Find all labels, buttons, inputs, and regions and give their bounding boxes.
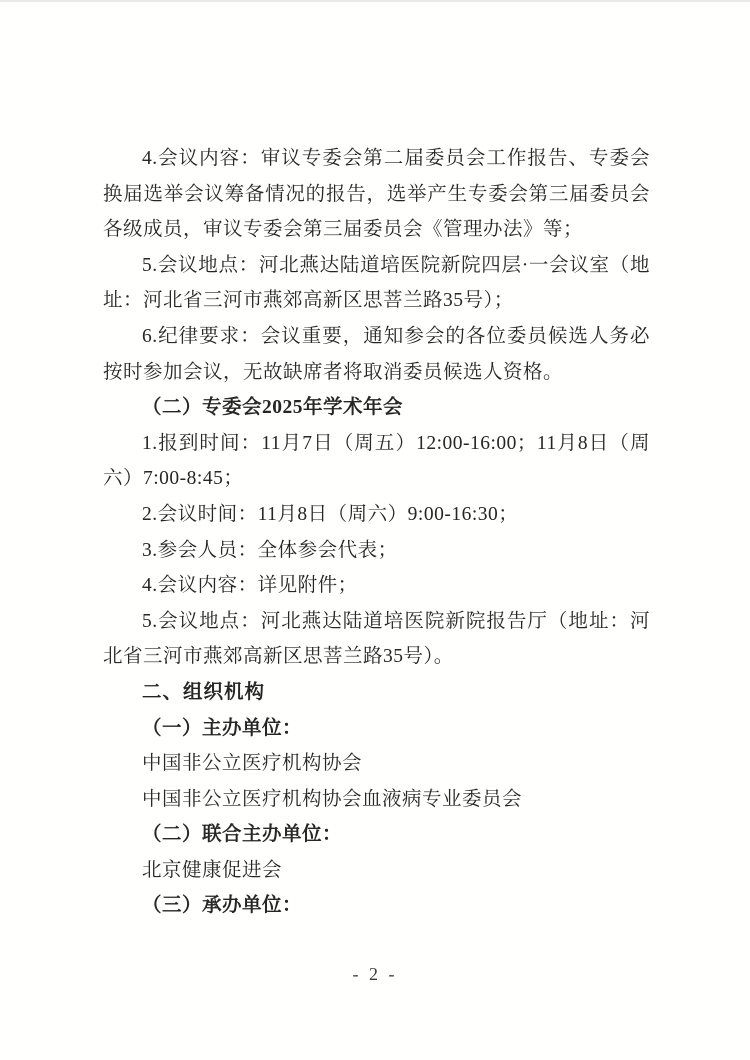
organizer-unit-heading: （三）承办单位： <box>103 888 650 924</box>
meeting1-discipline-para: 6.纪律要求：会议重要，通知参会的各位委员候选人务必按时参加会议，无故缺席者将取… <box>103 319 650 390</box>
meeting1-content-label: 4.会议内容： <box>142 148 261 169</box>
registration-time-label: 1.报到时间： <box>142 433 261 454</box>
co-host-unit-name: 北京健康促进会 <box>103 853 650 889</box>
agenda-para: 4.会议内容：详见附件； <box>103 568 650 604</box>
meeting1-venue-para: 5.会议地点：河北燕达陆道培医院新院四层·一会议室（地址：河北省三河市燕郊高新区… <box>103 248 650 319</box>
meeting-time-para: 2.会议时间：11月8日（周六）9:00-16:30； <box>103 497 650 533</box>
attendees-para: 3.参会人员：全体参会代表； <box>103 533 650 569</box>
host-unit-heading: （一）主办单位： <box>103 711 650 747</box>
document-page: 4.会议内容：审议专委会第二届委员会工作报告、专委会换届选举会议筹备情况的报告，… <box>0 0 750 1060</box>
host-unit-name-2: 中国非公立医疗机构协会血液病专业委员会 <box>103 782 650 818</box>
meeting-time-label: 2.会议时间： <box>142 504 258 525</box>
meeting1-discipline-label: 6.纪律要求： <box>142 326 261 347</box>
attendees-text: 全体参会代表； <box>258 540 398 561</box>
annual-meeting-section-heading: （二）专委会2025年学术年会 <box>103 390 650 426</box>
meeting1-content-para: 4.会议内容：审议专委会第二届委员会工作报告、专委会换届选举会议筹备情况的报告，… <box>103 141 650 248</box>
agenda-text: 详见附件； <box>258 575 358 596</box>
page-number: - 2 - <box>0 964 750 985</box>
meeting1-venue-label: 5.会议地点： <box>142 255 259 276</box>
attendees-label: 3.参会人员： <box>142 540 258 561</box>
organization-section-heading: 二、组织机构 <box>103 675 650 711</box>
annual-venue-label: 5.会议地点： <box>142 611 261 632</box>
co-host-unit-heading: （二）联合主办单位： <box>103 817 650 853</box>
agenda-label: 4.会议内容： <box>142 575 258 596</box>
annual-venue-para: 5.会议地点：河北燕达陆道培医院新院报告厅（地址：河北省三河市燕郊高新区思菩兰路… <box>103 604 650 675</box>
registration-time-para: 1.报到时间：11月7日（周五）12:00-16:00；11月8日（周六）7:0… <box>103 426 650 497</box>
host-unit-name-1: 中国非公立医疗机构协会 <box>103 746 650 782</box>
document-body: 4.会议内容：审议专委会第二届委员会工作报告、专委会换届选举会议筹备情况的报告，… <box>103 141 650 924</box>
meeting-time-text: 11月8日（周六）9:00-16:30； <box>258 504 519 525</box>
